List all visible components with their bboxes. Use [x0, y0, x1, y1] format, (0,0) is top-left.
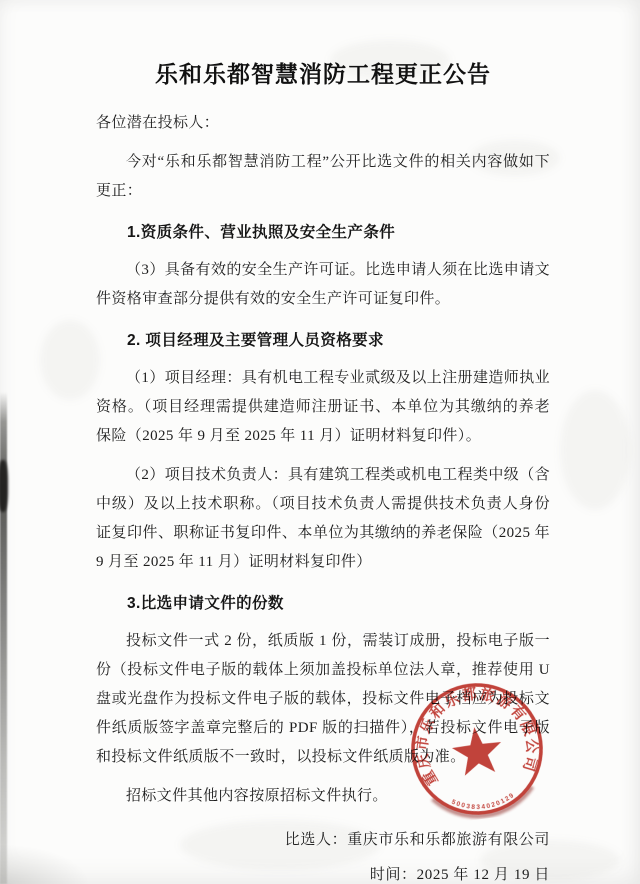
section-2-paragraph-1: （1）项目经理：具有机电工程专业贰级及以上注册建造师执业资格。（项目经理需提供建…: [96, 364, 550, 451]
document-page: 乐和乐都智慧消防工程更正公告 各位潜在投标人： 今对“乐和乐都智慧消防工程”公开…: [0, 0, 640, 884]
scan-corner-shade: [0, 844, 90, 884]
scan-edge-blob: [0, 460, 8, 512]
section-1-paragraph: （3）具备有效的安全生产许可证。比选申请人须在比选申请文件资格审查部分提供有效的…: [96, 256, 550, 314]
paper-noise: [560, 390, 630, 510]
star-icon: [450, 724, 505, 777]
paper-noise: [40, 320, 100, 400]
bidder-line: 比选人：重庆市乐和乐都旅游有限公司: [96, 825, 550, 856]
salutation: 各位潜在投标人：: [96, 109, 550, 138]
date-line: 时间：2025 年 12 月 19 日: [96, 860, 550, 884]
page-title: 乐和乐都智慧消防工程更正公告: [96, 56, 550, 89]
section-1-heading: 1.资质条件、营业执照及安全生产条件: [96, 220, 550, 246]
intro-paragraph: 今对“乐和乐都智慧消防工程”公开比选文件的相关内容做如下更正：: [96, 148, 550, 206]
section-3-heading: 3.比选申请文件的份数: [96, 591, 550, 617]
section-2-paragraph-2: （2）项目技术负责人：具有建筑工程类或机电工程类中级（含中级）及以上技术职称。（…: [96, 461, 550, 577]
signature-block: 比选人：重庆市乐和乐都旅游有限公司 时间：2025 年 12 月 19 日: [96, 825, 550, 884]
official-seal: 重庆市乐和乐都旅游有限公司 5003834020129: [399, 671, 555, 827]
section-2-heading: 2. 项目经理及主要管理人员资格要求: [96, 328, 550, 354]
